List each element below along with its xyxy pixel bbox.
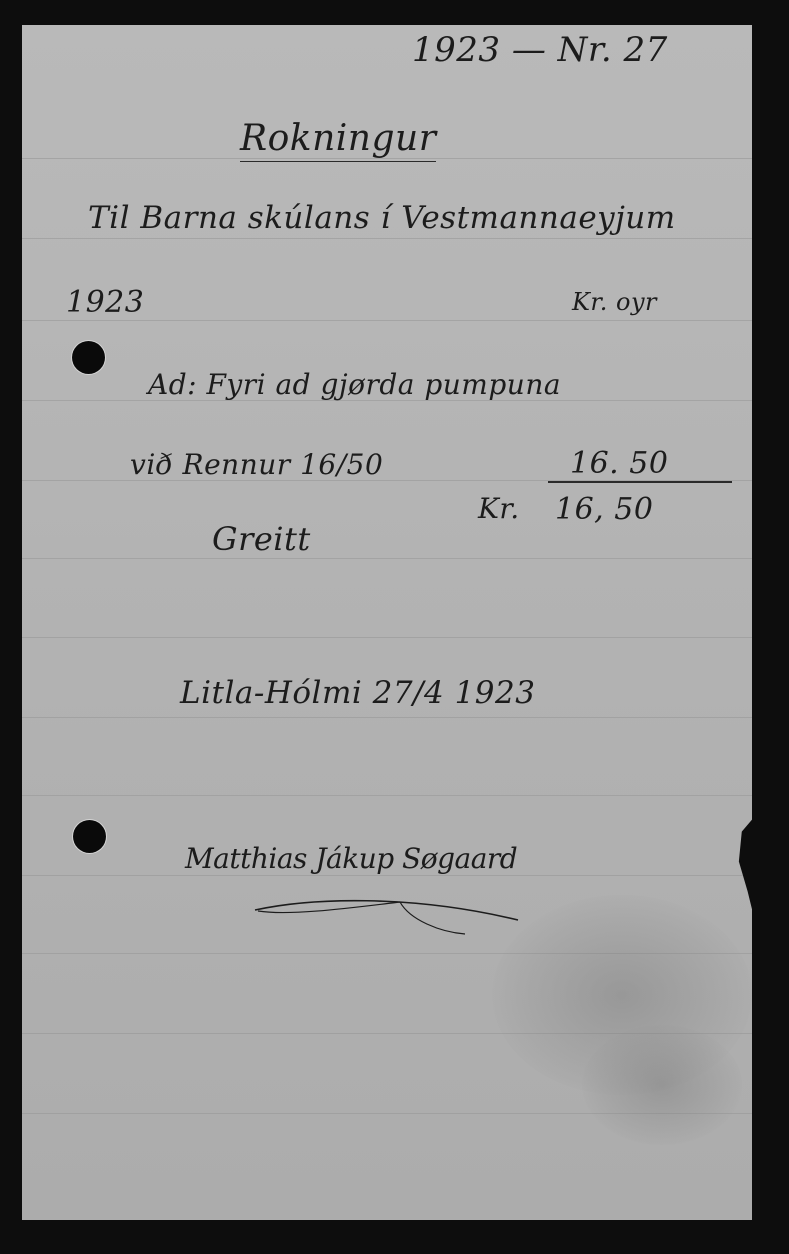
- ruled-line: [22, 795, 752, 796]
- addressee: Til Barna skúlans í Vestmannaeyjum: [88, 200, 676, 236]
- document-reference: 1923 — Nr. 27: [412, 30, 668, 70]
- signature-flourish: [250, 880, 530, 940]
- ruled-line: [22, 875, 752, 876]
- header-year: 1923: [66, 285, 144, 320]
- paid-mark: Greitt: [212, 520, 311, 558]
- ruled-line: [22, 637, 752, 638]
- ruled-line: [22, 320, 752, 321]
- ruled-line: [22, 717, 752, 718]
- ruled-line: [22, 558, 752, 559]
- total-label: Kr.: [478, 492, 520, 525]
- currency-column-header: Kr. oyr: [572, 288, 657, 316]
- line-item-amount: 16. 50: [570, 446, 668, 481]
- place-and-date: Litla-Hólmi 27/4 1923: [180, 675, 535, 711]
- water-stain: [582, 1025, 742, 1145]
- signature: Matthias Jákup Søgaard: [185, 842, 517, 875]
- punch-hole: [72, 341, 105, 374]
- document-title: Rokningur: [240, 118, 436, 162]
- punch-hole: [73, 820, 106, 853]
- line-item-description: Ad: Fyri ad gjørda pumpuna: [148, 368, 561, 401]
- ruled-line: [22, 238, 752, 239]
- line-item-description-cont: við Rennur 16/50: [130, 448, 383, 481]
- sum-underline: [548, 481, 732, 483]
- total-amount: 16, 50: [555, 492, 653, 527]
